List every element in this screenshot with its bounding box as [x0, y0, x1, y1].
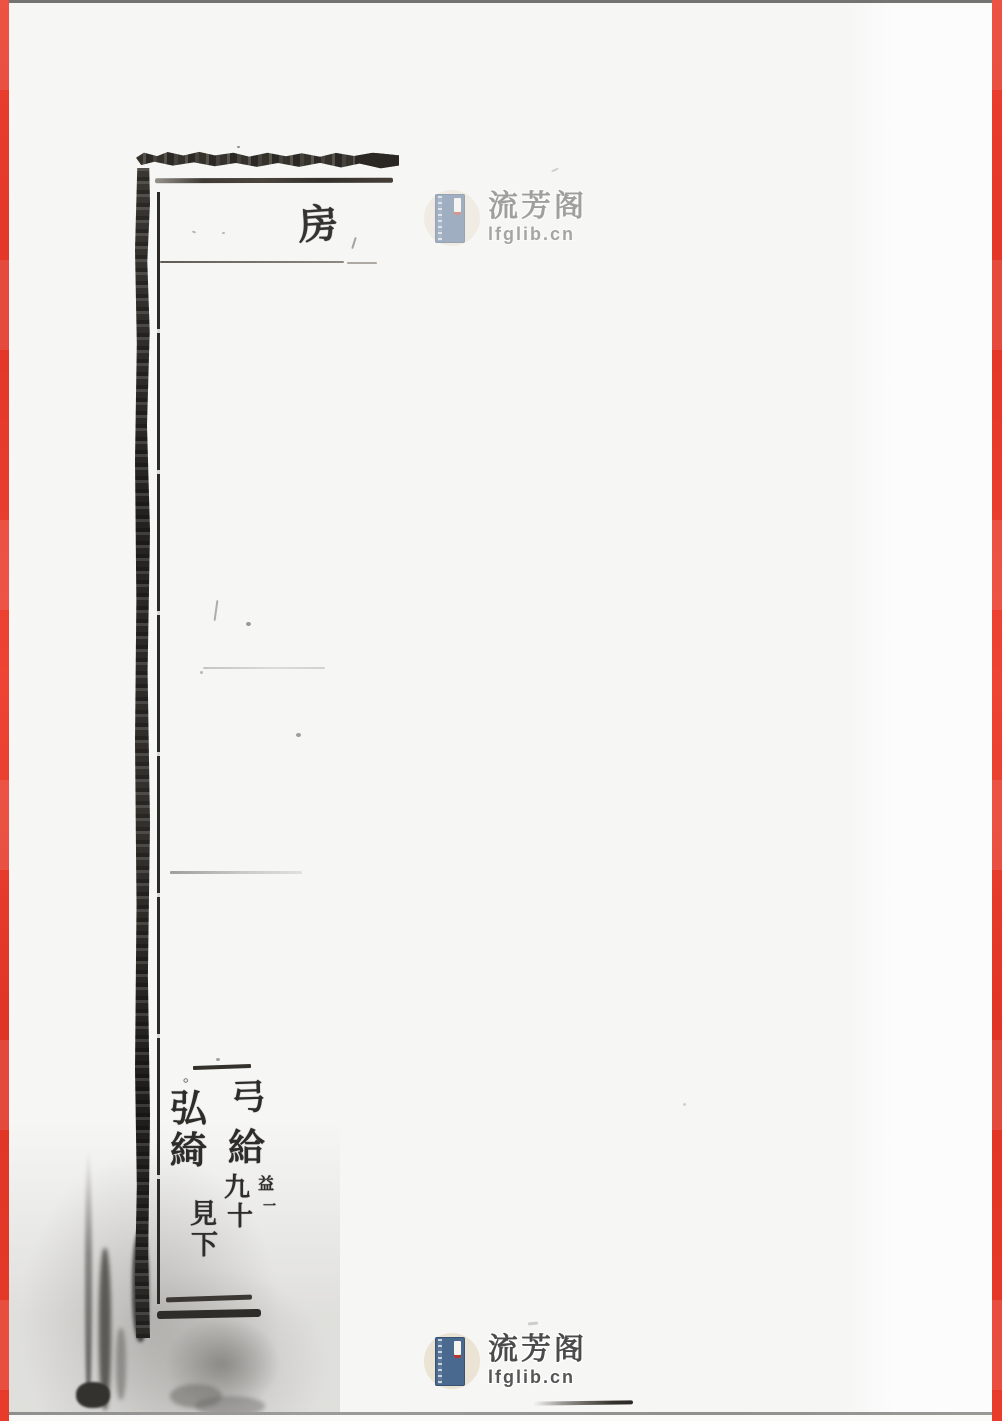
watermark-top: 流芳阁 lfglib.cn: [424, 190, 587, 246]
book-icon: [435, 1337, 465, 1386]
red-edge-bar-right: [992, 0, 1002, 1421]
small-side-char: 益: [258, 1177, 274, 1193]
top-frame-line: [155, 178, 393, 184]
page-border-line: [157, 192, 160, 1304]
watermark-logo-circle: [424, 1333, 480, 1389]
watermark-bottom: 流芳阁 lfglib.cn: [424, 1333, 587, 1389]
scanned-page: 房 。 弓 給 九 十 益 一 弘 綺 見 下 流芳阁 lfglib.cn 流芳…: [0, 0, 1002, 1421]
ink-speck: [237, 146, 240, 148]
see-below-char: 見: [190, 1201, 217, 1228]
faint-column-rule: [203, 667, 325, 669]
title-underline: [160, 261, 344, 263]
right-column-char: 十: [227, 1204, 253, 1230]
ink-blot: [76, 1382, 110, 1408]
watermark-site-url: lfglib.cn: [488, 1367, 587, 1388]
book-icon: [435, 194, 465, 243]
ink-speck: [246, 622, 251, 626]
watermark-site-name: 流芳阁: [488, 1333, 587, 1366]
page-title-char: 房: [297, 204, 340, 247]
watermark-site-name: 流芳阁: [488, 190, 587, 223]
left-column-char: 綺: [170, 1133, 207, 1170]
ink-speck: [200, 671, 203, 674]
watermark-logo-circle: [424, 190, 480, 246]
faint-column-rule: [170, 871, 302, 874]
ink-speck: [216, 1058, 220, 1061]
small-side-char: 一: [263, 1199, 276, 1212]
right-column-char: 弓: [230, 1079, 266, 1115]
right-column-char: 九: [224, 1175, 250, 1201]
scan-top-edge-line: [0, 0, 1002, 3]
ink-speck: [222, 232, 225, 234]
right-column-char: 給: [228, 1130, 265, 1167]
ink-streak: [85, 1150, 92, 1405]
watermark-text: 流芳阁 lfglib.cn: [488, 190, 587, 245]
ink-streak: [116, 1328, 126, 1400]
book-spine-shadow: [135, 168, 150, 1338]
red-edge-bar-left: [0, 0, 9, 1421]
ink-speck: [296, 733, 301, 737]
watermark-text: 流芳阁 lfglib.cn: [488, 1333, 587, 1388]
circle-annotation-mark: 。: [183, 1070, 198, 1085]
title-underline-dash: [347, 262, 377, 264]
scan-bottom-margin: [0, 1415, 1002, 1421]
see-below-char: 下: [191, 1232, 218, 1259]
ink-speck: [683, 1103, 686, 1106]
left-column-char: 弘: [170, 1091, 207, 1128]
watermark-site-url: lfglib.cn: [488, 224, 587, 245]
